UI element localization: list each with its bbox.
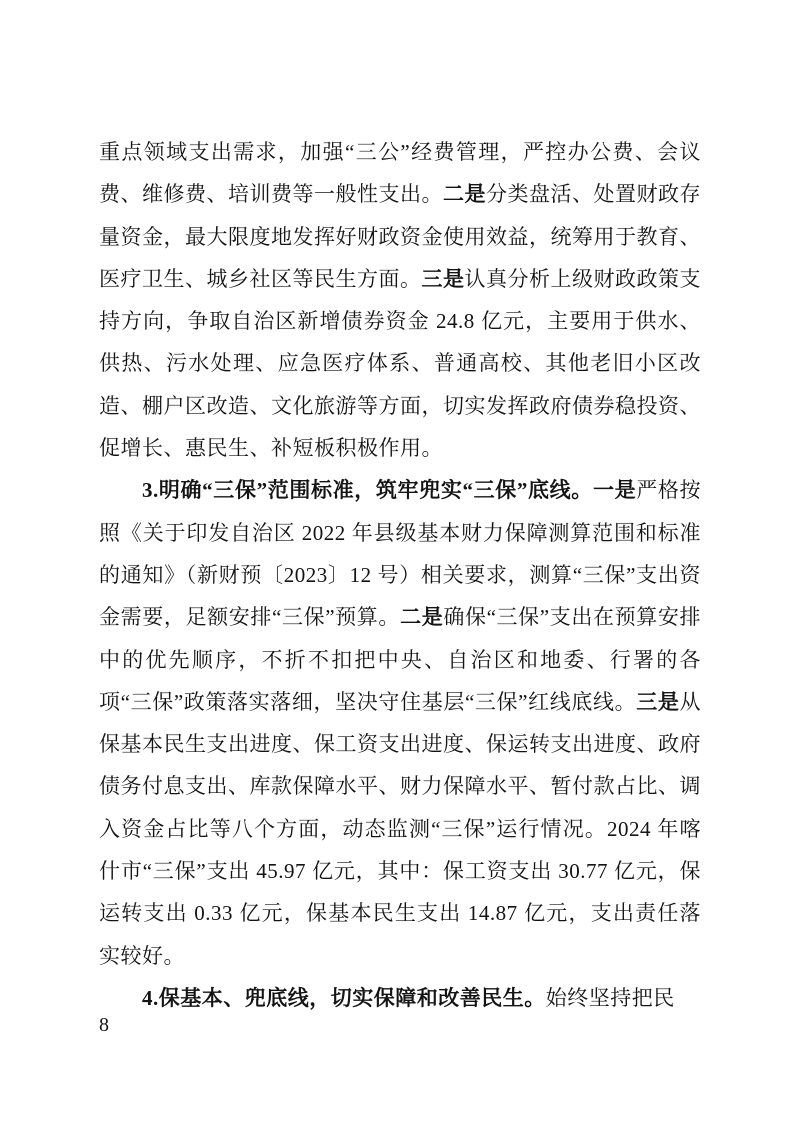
paragraph: 4.保基本、兜底线，切实保障和改善民生。始终坚持把民 — [99, 977, 701, 1019]
page-number: 8 — [99, 1011, 109, 1039]
document-page: 重点领域支出需求，加强“三公”经费管理，严控办公费、会议费、维修费、培训费等一般… — [0, 0, 793, 1122]
bold-text-run: 三是 — [636, 690, 679, 714]
text-run: 从保基本民生支出进度、保工资支出进度、保运转支出进度、政府债务付息支出、库款保障… — [99, 690, 701, 968]
paragraph: 3.明确“三保”范围标准，筑牢兜实“三保”底线。一是严格按照《关于印发自治区 2… — [99, 469, 701, 977]
bold-text-run: 二是 — [443, 182, 486, 206]
bold-text-run: 3.明确“三保”范围标准，筑牢兜实“三保”底线。一是 — [142, 478, 636, 502]
bold-text-run: 4.保基本、兜底线，切实保障和改善民生。 — [142, 986, 546, 1010]
text-run: 始终坚持把民 — [546, 986, 675, 1010]
paragraph: 重点领域支出需求，加强“三公”经费管理，严控办公费、会议费、维修费、培训费等一般… — [99, 131, 701, 469]
bold-text-run: 三是 — [422, 267, 465, 291]
text-run: 认真分析上级财政政策支持方向，争取自治区新增债券资金 24.8 亿元，主要用于供… — [99, 267, 701, 460]
document-body: 重点领域支出需求，加强“三公”经费管理，严控办公费、会议费、维修费、培训费等一般… — [99, 131, 701, 1019]
bold-text-run: 二是 — [400, 605, 443, 629]
